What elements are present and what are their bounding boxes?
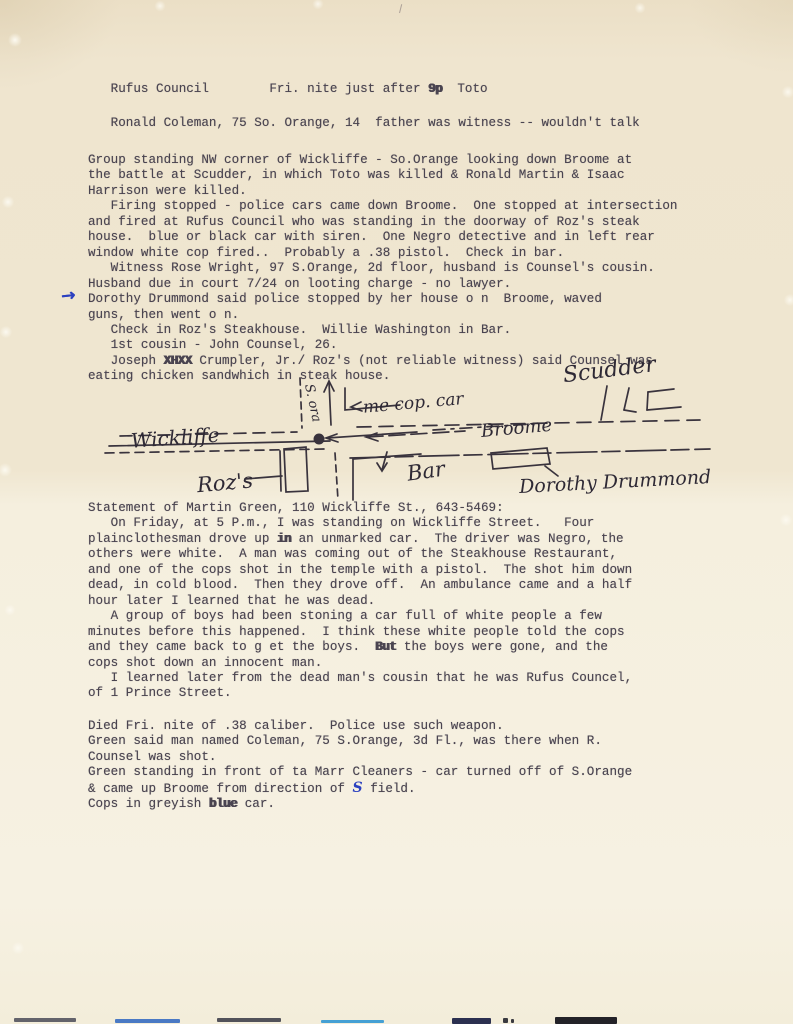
map-labels: Scudder S. ora me cop. car Wickliffe Bro… [130, 352, 712, 498]
typed-line: Firing stopped - police cars came down B… [88, 199, 677, 214]
typed-text: Husband due in court 7/24 on looting cha… [88, 277, 511, 291]
typed-text: Witness Rose Wright, 97 S.Orange, 2d flo… [88, 261, 655, 275]
typed-line: Witness Rose Wright, 97 S.Orange, 2d flo… [88, 261, 677, 276]
typed-text: Firing stopped - police cars came down B… [88, 199, 677, 213]
map-rozs-building-edge [280, 451, 281, 491]
map-scudder-stroke5 [647, 392, 648, 410]
typed-text: in [277, 532, 291, 546]
map-label-sorange: S. ora [301, 383, 324, 424]
map-rozs-building [284, 447, 308, 492]
typed-text: and they came back to g et the boys. [88, 640, 375, 654]
typed-text: & came up Broome from direction of [88, 782, 353, 796]
typed-line: Husband due in court 7/24 on looting cha… [88, 277, 677, 292]
typed-line: On Friday, at 5 P.m., I was standing on … [88, 516, 632, 531]
scan-edge-mark [115, 1019, 180, 1023]
typed-text: of 1 Prince Street. [88, 686, 232, 700]
typed-text: Green standing in front of ta Marr Clean… [88, 765, 632, 779]
map-label-scudder: Scudder [562, 352, 659, 388]
scan-edge-mark [511, 1019, 514, 1023]
map-street-sorange-south-west [335, 453, 338, 500]
typed-line: others were white. A man was coming out … [88, 547, 632, 562]
witness-byline: Ronald Coleman, 75 So. Orange, 14 father… [88, 116, 640, 131]
typed-line: Green said man named Coleman, 75 S.Orang… [88, 734, 632, 749]
typed-text: Dorothy Drummond said police stopped by … [88, 292, 602, 306]
typed-line: I learned later from the dead man's cous… [88, 671, 632, 686]
typed-line: and fired at Rufus Council who was stand… [88, 215, 677, 230]
scan-edge-mark [217, 1018, 281, 1022]
typed-line: A group of boys had been stoning a car f… [88, 609, 632, 624]
typed-text: Ronald Coleman, 75 So. Orange, 14 father… [88, 116, 640, 130]
map-label-rozs: Roz's [195, 468, 254, 497]
typed-text: cops shot down an innocent man. [88, 656, 322, 670]
typed-line: Died Fri. nite of .38 caliber. Police us… [88, 719, 632, 734]
typed-text: blue [209, 797, 237, 811]
typed-text: S [353, 780, 363, 796]
scan-speck [399, 4, 409, 15]
typed-text: field. [363, 782, 416, 796]
investigation-notes: Group standing NW corner of Wickliffe - … [88, 153, 677, 385]
typed-line: →Dorothy Drummond said police stopped by… [88, 292, 677, 307]
statement-martin-green: Statement of Martin Green, 110 Wickliffe… [88, 501, 632, 702]
typed-text: house. blue or black car with siren. One… [88, 230, 655, 244]
header-line: Rufus Council Fri. nite just after 9p To… [88, 82, 488, 97]
typed-line: house. blue or black car with siren. One… [88, 230, 677, 245]
typed-line: minutes before this happened. I think th… [88, 625, 632, 640]
map-label-cop-car: me cop. car [362, 389, 465, 418]
map-scudder-stroke4 [648, 389, 674, 392]
typed-text: Harrison were killed. [88, 184, 247, 198]
typed-text: Toto [442, 82, 487, 96]
typed-text: and fired at Rufus Council who was stand… [88, 215, 640, 229]
typed-line: Group standing NW corner of Wickliffe - … [88, 153, 677, 168]
typed-text: Died Fri. nite of .38 caliber. Police us… [88, 719, 504, 733]
hand-drawn-map: Scudder S. ora me cop. car Wickliffe Bro… [95, 352, 720, 502]
typed-text: Rufus Council Fri. nite just after [88, 82, 428, 96]
typed-text: Statement of Martin Green, 110 Wickliffe… [88, 501, 504, 515]
typed-line: and one of the cops shot in the temple w… [88, 563, 632, 578]
typed-line: guns, then went o n. [88, 308, 677, 323]
map-scudder-stroke3 [624, 410, 636, 412]
map-scudder-stroke2 [624, 388, 629, 410]
scan-edge-mark [555, 1017, 617, 1024]
typed-line: hour later I learned that he was dead. [88, 594, 632, 609]
typed-text: Counsel was shot. [88, 750, 216, 764]
scan-edge-mark [321, 1020, 384, 1024]
typed-line: cops shot down an innocent man. [88, 656, 632, 671]
typed-text: I learned later from the dead man's cous… [88, 671, 632, 685]
typed-line: Harrison were killed. [88, 184, 677, 199]
typed-text: car. [237, 797, 275, 811]
typed-text: dead, in cold blood. Then they drove off… [88, 578, 632, 592]
typed-text: the boys were gone, and the [396, 640, 608, 654]
typed-text: On Friday, at 5 P.m., I was standing on … [88, 516, 594, 530]
typed-text: A group of boys had been stoning a car f… [88, 609, 602, 623]
handwritten-arrow-icon: → [60, 288, 76, 305]
typed-text: Cops in greyish [88, 797, 209, 811]
typed-text: plainclothesman drove up [88, 532, 277, 546]
typed-text: minutes before this happened. I think th… [88, 625, 625, 639]
scan-edge-mark [503, 1018, 508, 1023]
typed-text: an unmarked car. The driver was Negro, t… [291, 532, 624, 546]
typed-text: 1st cousin - John Counsel, 26. [88, 338, 337, 352]
map-label-wickliffe: Wickliffe [130, 423, 220, 453]
typed-text: Group standing NW corner of Wickliffe - … [88, 153, 632, 167]
typed-text: window white cop fired.. Probably a .38 … [88, 246, 564, 260]
typed-text: hour later I learned that he was dead. [88, 594, 375, 608]
typed-line: Ronald Coleman, 75 So. Orange, 14 father… [88, 116, 640, 131]
typed-line: plainclothesman drove up in an unmarked … [88, 532, 632, 547]
map-dorothy-building [491, 448, 550, 469]
map-label-broome: Broome [479, 415, 553, 442]
footer-notes: Died Fri. nite of .38 caliber. Police us… [88, 719, 632, 813]
typed-text: But [375, 640, 396, 654]
typed-line: Green standing in front of ta Marr Clean… [88, 765, 632, 780]
map-label-dorothy: Dorothy Drummond [518, 466, 712, 498]
typed-line: dead, in cold blood. Then they drove off… [88, 578, 632, 593]
map-label-bar: Bar [404, 456, 448, 485]
scan-edge-mark [452, 1018, 491, 1024]
map-scudder-stroke1 [601, 386, 607, 420]
typed-text: guns, then went o n. [88, 308, 239, 322]
typed-line: Counsel was shot. [88, 750, 632, 765]
typed-line: & came up Broome from direction of S fie… [88, 781, 632, 797]
typed-line: and they came back to g et the boys. But… [88, 640, 632, 655]
typed-text: others were white. A man was coming out … [88, 547, 617, 561]
typed-line: Statement of Martin Green, 110 Wickliffe… [88, 501, 632, 516]
map-intersection-dot [314, 434, 323, 443]
scan-edge-mark [14, 1018, 76, 1022]
scanned-typewritten-document: Rufus Council Fri. nite just after 9p To… [0, 0, 793, 1024]
typed-line: Check in Roz's Steakhouse. Willie Washin… [88, 323, 677, 338]
typed-text: the battle at Scudder, in which Toto was… [88, 168, 625, 182]
typed-line: window white cop fired.. Probably a .38 … [88, 246, 677, 261]
typed-text: 9p [428, 82, 442, 96]
map-arrow-up [329, 382, 331, 425]
typed-line: Cops in greyish blue car. [88, 797, 632, 812]
typed-text: and one of the cops shot in the temple w… [88, 563, 632, 577]
typed-line: the battle at Scudder, in which Toto was… [88, 168, 677, 183]
typed-line: Rufus Council Fri. nite just after 9p To… [88, 82, 488, 97]
map-scudder-stroke6 [647, 407, 681, 410]
typed-text: Check in Roz's Steakhouse. Willie Washin… [88, 323, 511, 337]
typed-line: of 1 Prince Street. [88, 686, 632, 701]
typed-text: Green said man named Coleman, 75 S.Orang… [88, 734, 602, 748]
